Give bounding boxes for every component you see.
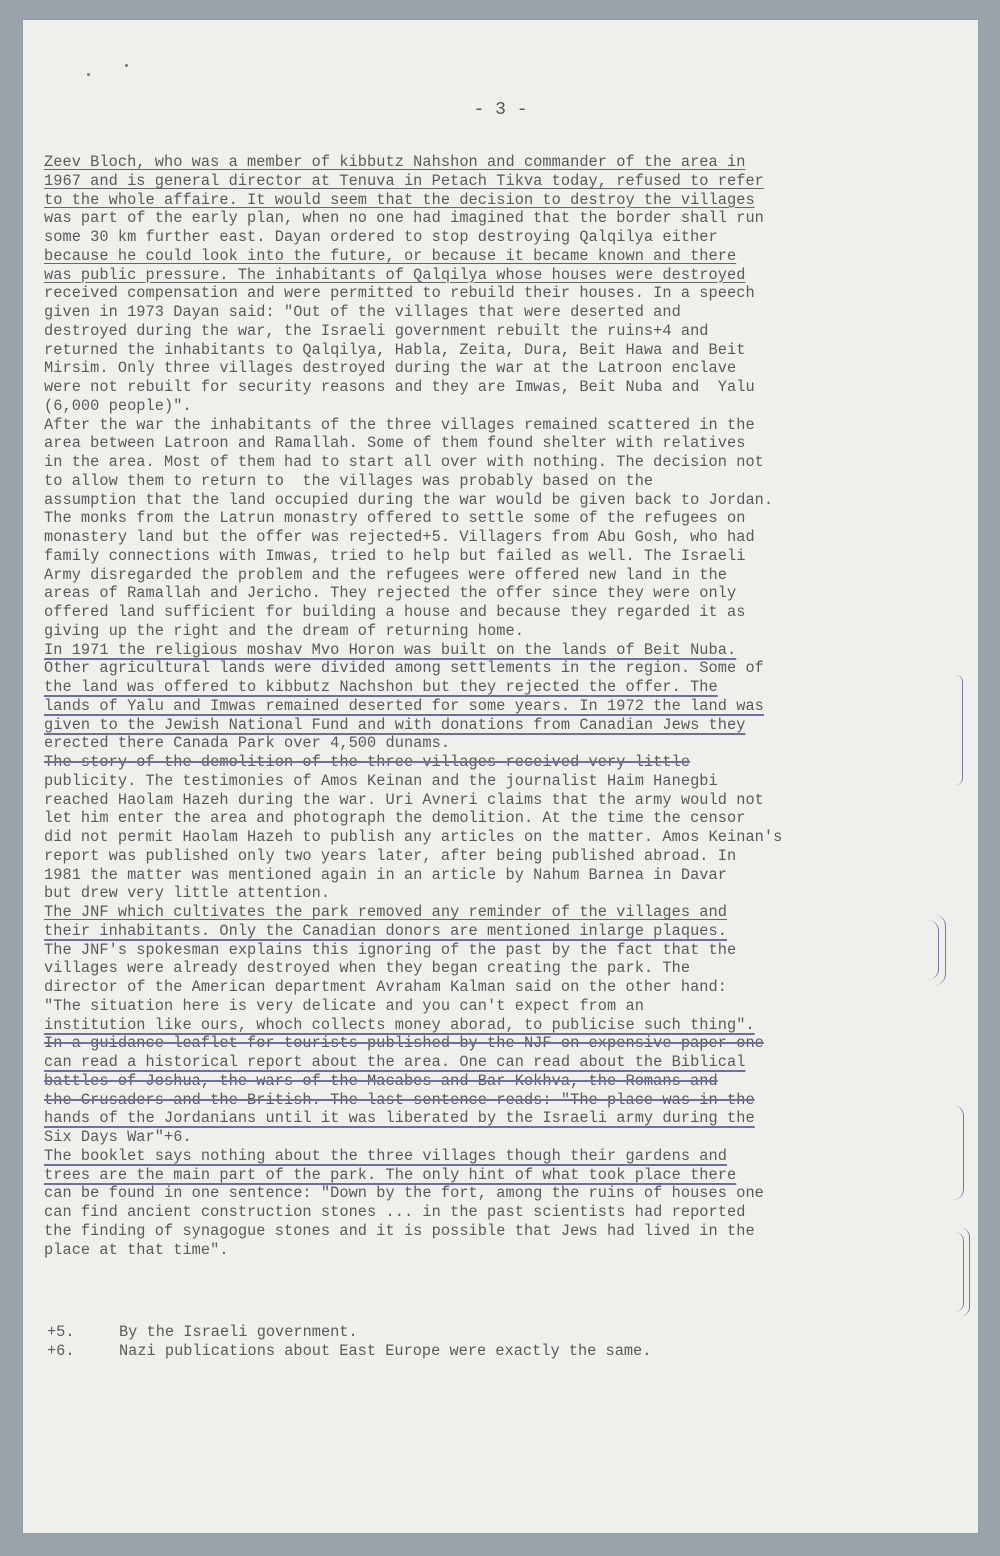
text-line: The JNF's spokesman explains this ignori… xyxy=(44,941,974,960)
text-line: trees are the main part of the park. The… xyxy=(44,1166,974,1185)
text-line: reached Haolam Hazeh during the war. Uri… xyxy=(44,791,974,810)
text-line: given in 1973 Dayan said: "Out of the vi… xyxy=(44,303,974,322)
text-line: battles of Joshua, the wars of the Macab… xyxy=(44,1072,974,1091)
text-line: can read a historical report about the a… xyxy=(44,1053,974,1072)
text-line: areas of Ramallah and Jericho. They reje… xyxy=(44,584,974,603)
text-line: After the war the inhabitants of the thr… xyxy=(44,416,974,435)
text-line: report was published only two years late… xyxy=(44,847,974,866)
text-line: The JNF which cultivates the park remove… xyxy=(44,903,974,922)
text-line: In 1971 the religious moshav Mvo Horon w… xyxy=(44,641,974,660)
text-line: Other agricultural lands were divided am… xyxy=(44,659,974,678)
document-body: Zeev Bloch, who was a member of kibbutz … xyxy=(44,153,974,1259)
paper-speck xyxy=(87,73,90,76)
margin-bracket-annotation xyxy=(935,915,946,985)
text-line: erected there Canada Park over 4,500 dun… xyxy=(44,734,974,753)
text-line: Mirsim. Only three villages destroyed du… xyxy=(44,359,974,378)
text-line: can find ancient construction stones ...… xyxy=(44,1203,974,1222)
text-line: (6,000 people)". xyxy=(44,397,974,416)
text-line: was part of the early plan, when no one … xyxy=(44,209,974,228)
text-line: In a guidance leaflet for tourists publi… xyxy=(44,1034,974,1053)
text-line: in the area. Most of them had to start a… xyxy=(44,453,974,472)
text-line: the land was offered to kibbutz Nachshon… xyxy=(44,678,974,697)
text-line: monastery land but the offer was rejecte… xyxy=(44,528,974,547)
text-line: let him enter the area and photograph th… xyxy=(44,809,974,828)
text-line: were not rebuilt for security reasons an… xyxy=(44,378,974,397)
text-line: received compensation and were permitted… xyxy=(44,284,974,303)
text-line: 1967 and is general director at Tenuva i… xyxy=(44,172,974,191)
text-line: The monks from the Latrun monastry offer… xyxy=(44,509,974,528)
text-line: family connections with Imwas, tried to … xyxy=(44,547,974,566)
text-line: "The situation here is very delicate and… xyxy=(44,997,974,1016)
margin-bracket-annotation xyxy=(961,1228,970,1316)
text-line: assumption that the land occupied during… xyxy=(44,491,974,510)
text-line: publicity. The testimonies of Amos Keina… xyxy=(44,772,974,791)
footnote: +6.Nazi publications about East Europe w… xyxy=(47,1342,947,1361)
text-line: director of the American department Avra… xyxy=(44,978,974,997)
margin-bracket-annotation xyxy=(956,675,963,785)
text-line: the finding of synagogue stones and it i… xyxy=(44,1222,974,1241)
text-line: because he could look into the future, o… xyxy=(44,247,974,266)
text-line: Army disregarded the problem and the ref… xyxy=(44,566,974,585)
footnote: +5.By the Israeli government. xyxy=(47,1323,947,1342)
text-line: Zeev Bloch, who was a member of kibbutz … xyxy=(44,153,974,172)
text-line: The booklet says nothing about the three… xyxy=(44,1147,974,1166)
text-line: lands of Yalu and Imwas remained deserte… xyxy=(44,697,974,716)
footnote-mark: +5. xyxy=(47,1323,119,1342)
text-line: Six Days War"+6. xyxy=(44,1128,974,1147)
text-line: their inhabitants. Only the Canadian don… xyxy=(44,922,974,941)
text-line: did not permit Haolam Hazeh to publish a… xyxy=(44,828,974,847)
text-line: to the whole affaire. It would seem that… xyxy=(44,191,974,210)
text-line: 1981 the matter was mentioned again in a… xyxy=(44,866,974,885)
text-line: can be found in one sentence: "Down by t… xyxy=(44,1184,974,1203)
footnote-text: Nazi publications about East Europe were… xyxy=(119,1342,651,1361)
text-line: hands of the Jordanians until it was lib… xyxy=(44,1109,974,1128)
document-page: - 3 - Zeev Bloch, who was a member of ki… xyxy=(23,20,978,1533)
footnotes: +5.By the Israeli government.+6.Nazi pub… xyxy=(47,1323,947,1361)
footnote-mark: +6. xyxy=(47,1342,119,1361)
text-line: but drew very little attention. xyxy=(44,884,974,903)
text-line: the Crusaders and the British. The last … xyxy=(44,1091,974,1110)
text-line: destroyed during the war, the Israeli go… xyxy=(44,322,974,341)
page-number: - 3 - xyxy=(23,100,978,120)
margin-bracket-annotation xyxy=(953,1105,964,1200)
text-line: The story of the demolition of the three… xyxy=(44,753,974,772)
text-line: place at that time". xyxy=(44,1241,974,1260)
text-line: some 30 km further east. Dayan ordered t… xyxy=(44,228,974,247)
text-line: to allow them to return to the villages … xyxy=(44,472,974,491)
text-line: villages were already destroyed when the… xyxy=(44,959,974,978)
text-line: area between Latroon and Ramallah. Some … xyxy=(44,434,974,453)
text-line: offered land sufficient for building a h… xyxy=(44,603,974,622)
text-line: given to the Jewish National Fund and wi… xyxy=(44,716,974,735)
text-line: giving up the right and the dream of ret… xyxy=(44,622,974,641)
paper-speck xyxy=(125,64,128,67)
text-line: institution like ours, whoch collects mo… xyxy=(44,1016,974,1035)
text-line: was public pressure. The inhabitants of … xyxy=(44,266,974,285)
footnote-text: By the Israeli government. xyxy=(119,1323,358,1342)
text-line: returned the inhabitants to Qalqilya, Ha… xyxy=(44,341,974,360)
